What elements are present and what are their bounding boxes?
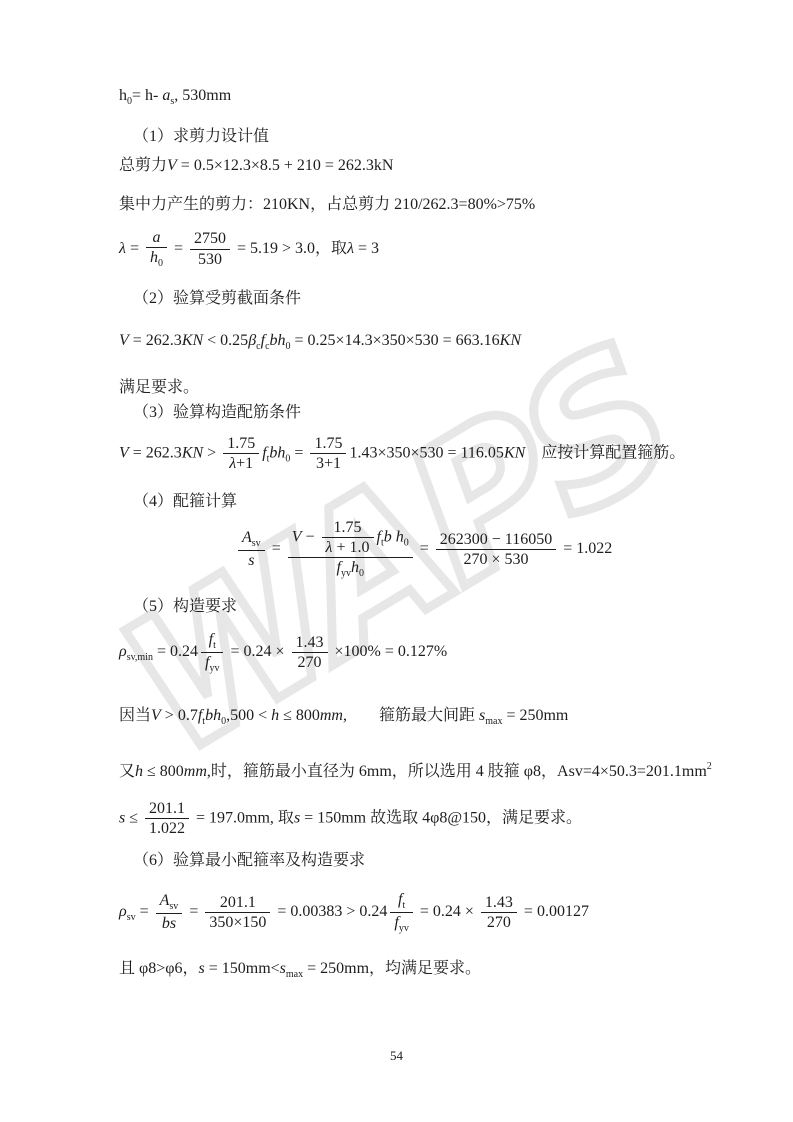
text-line-min-diameter: 又h ≤ 800mm,时，箍筋最小直径为 6mm，所以选用 4 肢箍 φ8，As… bbox=[119, 761, 712, 782]
text-line-concentrated-shear: 集中力产生的剪力：210KN，占总剪力 210/262.3=80%>75% bbox=[119, 195, 535, 215]
section-heading-5: （5）构造要求 bbox=[133, 597, 237, 617]
text-line-max-spacing: 因当V > 0.7ftbh0,500 < h ≤ 800mm, 箍筋最大间距 s… bbox=[119, 706, 568, 729]
formula-min-reinforcement: V = 262.3KN > 1.75λ+1ftbh0 = 1.753+11.43… bbox=[119, 434, 685, 473]
text-line-satisfied: 满足要求。 bbox=[119, 378, 199, 398]
section-heading-4: （4）配箍计算 bbox=[133, 492, 237, 512]
formula-total-shear: 总剪力V = 0.5×12.3×8.5 + 210 = 262.3kN bbox=[119, 156, 393, 176]
section-heading-3: （3）验算构造配筋条件 bbox=[133, 403, 301, 423]
formula-spacing-selection: s ≤ 201.11.022 = 197.0mm, 取s = 150mm 故选取… bbox=[119, 799, 582, 838]
formula-section-check: V = 262.3KN < 0.25βcfcbh0 = 0.25×14.3×35… bbox=[119, 331, 521, 354]
text-line-final-check: 且 φ8>φ6，s = 150mm<smax = 250mm，均满足要求。 bbox=[119, 959, 481, 982]
formula-min-ratio: ρsv,min = 0.24ftfyv = 0.24 × 1.43270 ×10… bbox=[119, 630, 447, 675]
section-heading-1: （1）求剪力设计值 bbox=[133, 127, 269, 147]
section-heading-2: （2）验算受剪截面条件 bbox=[133, 289, 301, 309]
formula-stirrup-calc: Asvs = V − 1.75λ + 1.0ftb h0fyvh0 = 2623… bbox=[235, 518, 612, 580]
formula-ratio-check: ρsv = Asvbs = 201.1350×150 = 0.00383 > 0… bbox=[119, 890, 589, 935]
section-heading-6: （6）验算最小配箍率及构造要求 bbox=[133, 851, 365, 871]
formula-lambda: λ = ah0 = 2750530 = 5.19 > 3.0，取λ = 3 bbox=[119, 228, 379, 270]
text-line-h0-definition: h0= h- as, 530mm bbox=[119, 86, 231, 109]
document-page: WAPS h0= h- as, 530mm （1）求剪力设计值 总剪力V = 0… bbox=[0, 0, 793, 1122]
page-number: 54 bbox=[0, 1048, 793, 1064]
